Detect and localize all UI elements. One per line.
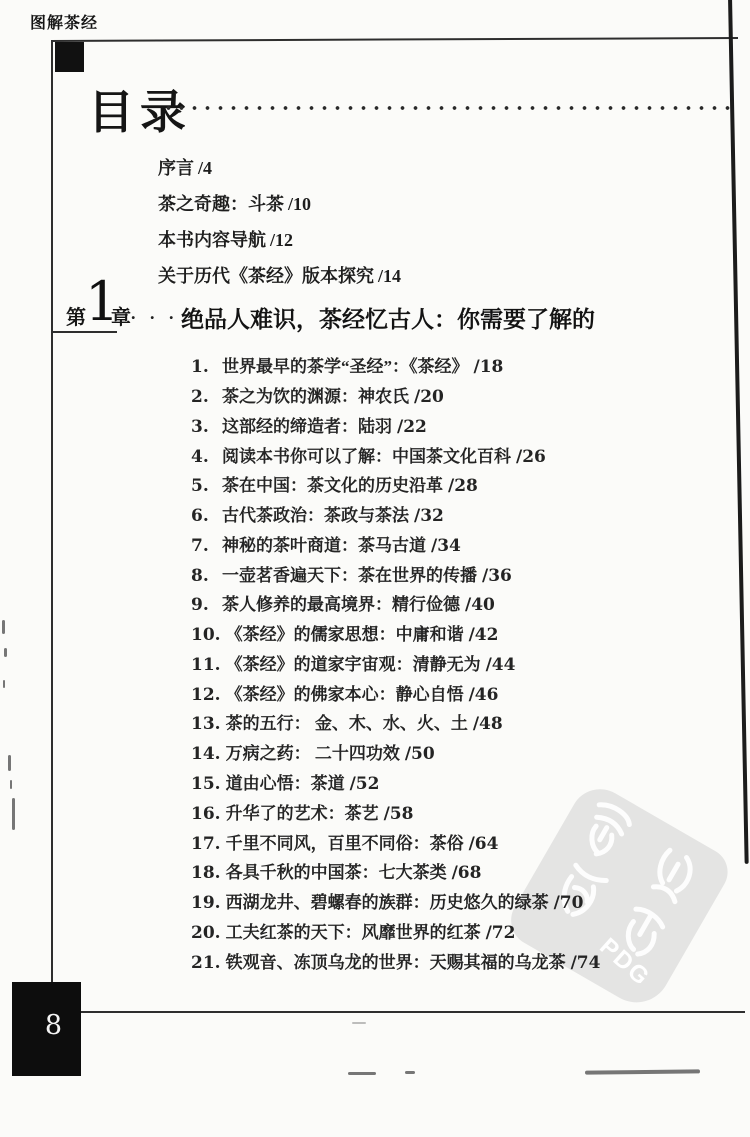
page-number-block: 8 [12,982,81,1076]
toc-item-number: 11. [191,655,221,675]
toc-item-number: 17. [191,834,221,854]
scan-artifact [405,1071,415,1074]
scan-artifact [352,1022,366,1024]
toc-item: 18.各具千秋的中国茶：七大茶类/68 [191,858,481,883]
toc-item-list: 1.世界最早的茶学“圣经”：《茶经》/18 2.茶之为饮的渊源：神农氏/20 3… [0,0,750,1137]
toc-item: 13.茶的五行： 金、木、水、火、土/48 [191,709,503,734]
toc-item: 7.神秘的茶叶商道：茶马古道/34 [191,531,461,556]
toc-item: 14.万病之药： 二十四功效/50 [191,739,435,764]
toc-item-number: 6. [191,506,217,526]
toc-item-number: 10. [191,625,221,645]
toc-item-title: 这部经的缔造者：陆羽 [222,412,392,437]
toc-item-page: /42 [469,625,499,645]
page-number: 8 [12,1010,81,1041]
toc-item-page: /50 [405,744,435,764]
toc-item-number: 1. [191,357,217,377]
toc-item: 8.一壶茗香遍天下：茶在世界的传播/36 [191,561,512,586]
toc-item-title: 世界最早的茶学“圣经”：《茶经》 [222,352,469,377]
toc-item-title: 道由心悟：茶道 [226,769,345,794]
toc-item: 10.《茶经》的儒家思想：中庸和谐/42 [191,620,498,645]
scan-artifact [2,620,5,634]
toc-item: 19.西湖龙井、碧螺春的族群：历史悠久的绿茶/70 [191,888,583,913]
toc-item-title: 一壶茗香遍天下：茶在世界的传播 [222,561,477,586]
toc-item-number: 9. [191,595,217,615]
toc-item-title: 铁观音、冻顶乌龙的世界：天赐其福的乌龙茶 [226,948,566,973]
scan-artifact [4,648,7,657]
toc-item-number: 5. [191,476,217,496]
toc-item: 9.茶人修养的最高境界：精行俭德/40 [191,590,495,615]
toc-item-page: /64 [469,834,499,854]
toc-item: 11.《茶经》的道家宇宙观：清静无为/44 [191,650,515,675]
toc-item-number: 16. [191,804,221,824]
toc-item-page: /18 [474,357,504,377]
scan-artifact [348,1072,376,1075]
toc-item-number: 8. [191,566,217,586]
toc-item-page: /26 [516,447,546,467]
toc-item-page: /40 [465,595,495,615]
toc-item-title: 各具千秋的中国茶：七大茶类 [226,858,447,883]
toc-item: 3.这部经的缔造者：陆羽/22 [191,412,427,437]
toc-item-page: /46 [469,685,499,705]
toc-item-number: 12. [191,685,221,705]
scan-artifact [10,780,12,789]
scan-artifact [3,680,5,688]
toc-item-page: /52 [350,774,380,794]
toc-item-number: 18. [191,863,221,883]
toc-item-number: 15. [191,774,221,794]
toc-item-page: /68 [452,863,482,883]
toc-item-title: 《茶经》的道家宇宙观：清静无为 [226,650,481,675]
toc-item-page: /36 [482,566,512,586]
toc-item-title: 工夫红茶的天下：风靡世界的红茶 [226,918,481,943]
toc-item: 5.茶在中国：茶文化的历史沿革/28 [191,471,478,496]
toc-item-title: 茶在中国：茶文化的历史沿革 [222,471,443,496]
toc-item-page: /58 [384,804,414,824]
toc-item-page: /72 [486,923,516,943]
toc-item-title: 古代茶政治：茶政与茶法 [222,501,409,526]
toc-item-title: 升华了的艺术：茶艺 [226,799,379,824]
toc-item-title: 茶之为饮的渊源：神农氏 [222,382,409,407]
toc-item-number: 20. [191,923,221,943]
toc-item-title: 千里不同风，百里不同俗：茶俗 [226,829,464,854]
toc-item-page: /20 [414,387,444,407]
toc-item: 20.工夫红茶的天下：风靡世界的红茶/72 [191,918,515,943]
toc-item: 6.古代茶政治：茶政与茶法/32 [191,501,444,526]
toc-item-page: /32 [414,506,444,526]
book-page: PDG 图解茶经 目录 序言/4 茶之奇趣：斗茶/10 本书内容导航/12 关于… [0,0,750,1137]
toc-item-number: 2. [191,387,217,407]
toc-item-number: 13. [191,714,221,734]
toc-item: 2.茶之为饮的渊源：神农氏/20 [191,382,444,407]
toc-item: 17.千里不同风，百里不同俗：茶俗/64 [191,829,498,854]
toc-item-number: 21. [191,953,221,973]
toc-item-title: 神秘的茶叶商道：茶马古道 [222,531,426,556]
toc-item-number: 3. [191,417,217,437]
toc-item-title: 西湖龙井、碧螺春的族群：历史悠久的绿茶 [226,888,549,913]
toc-item-title: 《茶经》的佛家本心：静心自悟 [226,680,464,705]
toc-item-number: 14. [191,744,221,764]
toc-item-title: 茶的五行： 金、木、水、火、土 [226,709,468,734]
toc-item: 12.《茶经》的佛家本心：静心自悟/46 [191,680,498,705]
toc-item-title: 万病之药： 二十四功效 [226,739,400,764]
toc-item-page: /74 [571,953,601,973]
scan-artifact [8,755,11,771]
toc-item-number: 4. [191,447,217,467]
toc-item: 1.世界最早的茶学“圣经”：《茶经》/18 [191,352,503,377]
toc-item: 15.道由心悟：茶道/52 [191,769,379,794]
toc-item-title: 茶人修养的最高境界：精行俭德 [222,590,460,615]
toc-item-number: 7. [191,536,217,556]
toc-item: 16.升华了的艺术：茶艺/58 [191,799,413,824]
toc-item-number: 19. [191,893,221,913]
toc-item-page: /22 [397,417,427,437]
toc-item-page: /44 [486,655,516,675]
toc-item-page: /28 [448,476,478,496]
toc-item-title: 阅读本书你可以了解：中国茶文化百科 [222,442,511,467]
bottom-rule [51,1011,745,1013]
toc-item-title: 《茶经》的儒家思想：中庸和谐 [226,620,464,645]
toc-item-page: /48 [473,714,503,734]
scan-artifact [12,798,15,830]
toc-item-page: /70 [554,893,584,913]
toc-item-page: /34 [431,536,461,556]
toc-item: 21.铁观音、冻顶乌龙的世界：天赐其福的乌龙茶/74 [191,948,600,973]
toc-item: 4.阅读本书你可以了解：中国茶文化百科/26 [191,442,546,467]
